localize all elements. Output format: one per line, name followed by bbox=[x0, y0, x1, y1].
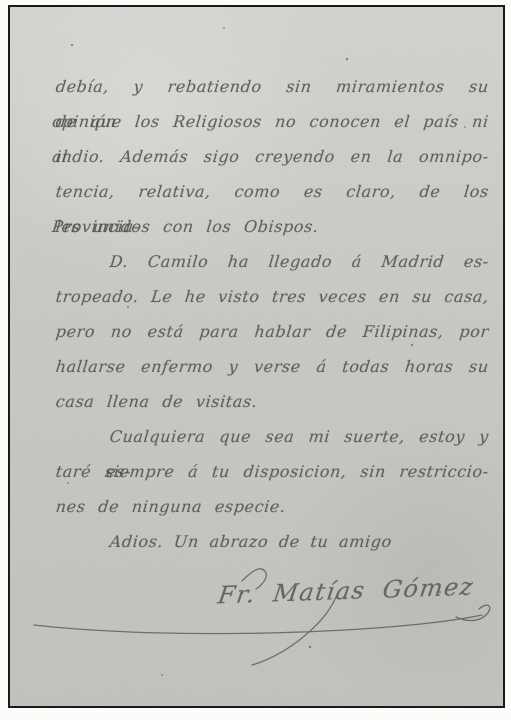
handwritten-line: les unidos con los Obispos. bbox=[54, 209, 491, 244]
letter-body: debía, y rebatiendo sin miramientos su o… bbox=[54, 69, 487, 559]
handwritten-line: casa llena de visitas. bbox=[54, 384, 491, 419]
handwritten-line: hallarse enfermo y verse á todas horas s… bbox=[54, 349, 491, 384]
handwritten-line: Cualquiera que sea mi suerte, estoy y es… bbox=[54, 419, 491, 454]
handwritten-line: D. Camilo ha llegado á Madrid es- bbox=[54, 244, 491, 279]
handwritten-line: tencia, relativa, como es claro, de los … bbox=[54, 174, 491, 209]
handwritten-line: taré siempre á tu disposicion, sin restr… bbox=[54, 454, 491, 489]
handwritten-line: Adios. Un abrazo de tu amigo bbox=[54, 524, 491, 559]
photo-border-frame: debía, y rebatiendo sin miramientos su o… bbox=[8, 5, 505, 708]
handwritten-line: debía, y rebatiendo sin miramientos su o… bbox=[54, 69, 491, 104]
handwritten-line: indio. Además sigo creyendo en la omnipo… bbox=[54, 139, 491, 174]
signature: Fr. Matías Gómez bbox=[216, 573, 476, 610]
scanned-letter-page: debía, y rebatiendo sin miramientos su o… bbox=[0, 0, 511, 720]
letter-paper: debía, y rebatiendo sin miramientos su o… bbox=[10, 7, 503, 706]
handwritten-line: de que los Religiosos no conocen el país… bbox=[54, 104, 491, 139]
handwritten-line: nes de ninguna especie. bbox=[54, 489, 491, 524]
handwritten-line: pero no está para hablar de Filipinas, p… bbox=[54, 314, 491, 349]
handwritten-line: tropeado. Le he visto tres veces en su c… bbox=[54, 279, 491, 314]
